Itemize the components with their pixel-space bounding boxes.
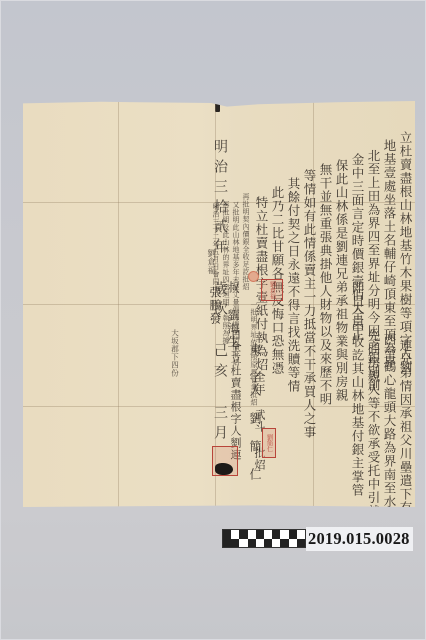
- closing-line: 日仝立杜賣盡根字人劉連: [230, 329, 241, 461]
- scale-bar-label: 2019.015.0028: [222, 527, 413, 551]
- deed-column: 保此山林係是劉連兄弟承祖物業與別房親: [335, 159, 348, 402]
- deed-column: 其餘付契之日永遠不得言找洗贖等情: [287, 177, 300, 393]
- deed-column: 無干並無重張典掛他人財物以及來歷不明: [319, 163, 332, 406]
- red-square-seal: 劉簡仁: [262, 428, 276, 458]
- deed-column: 立杜賣盡根山林地基竹木果樹等項字人劉: [399, 131, 412, 374]
- deed-document: 立杜賣盡根山林地基竹木果樹等項字人劉 連兄弟情因承祖父川壘遣下有山林 地基壹處坐…: [23, 101, 415, 507]
- accession-number: 2019.015.0028: [306, 527, 413, 551]
- deed-column: 即日全中收訖其山林地基付銀主掌管: [351, 281, 364, 497]
- deed-column: 等情如有此情係賣主一力抵當不干承買人之事: [303, 169, 316, 439]
- deed-column: 先問房親人等不欲承受托中引就: [367, 329, 380, 518]
- seller-signature: 東 字人 劉 簡 仁: [249, 343, 261, 481]
- ink-stain: [215, 463, 233, 475]
- date-line: 明治三拾貳年 歲次 己亥 三月: [213, 139, 227, 445]
- checker-scale-bar: [222, 529, 306, 548]
- red-square-seal: 劉倉福: [261, 279, 283, 301]
- deed-column: 連兄弟情因承祖父川壘遣下有山林: [399, 339, 412, 542]
- deed-column: 西至鶴心龍頭大路為界南至水溝為界: [383, 333, 396, 549]
- margin-note: 大坂郡下四份: [171, 329, 179, 377]
- red-round-seal: [248, 271, 259, 282]
